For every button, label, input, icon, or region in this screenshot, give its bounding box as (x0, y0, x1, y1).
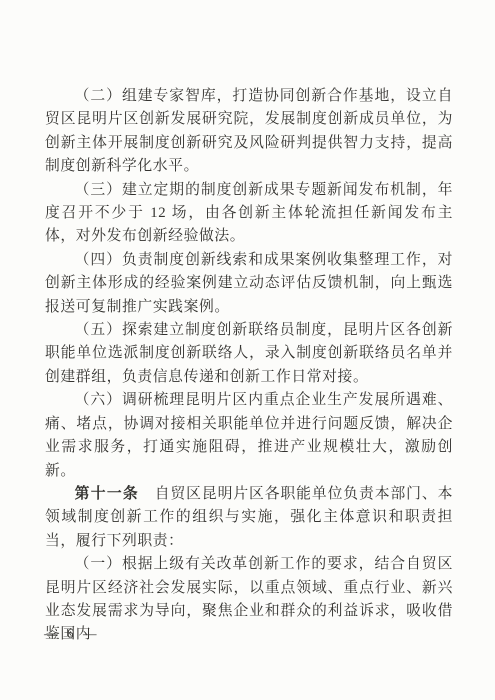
paragraph: （二）组建专家智库，打造协同创新合作基地，设立自贸区昆明片区创新发展研究院，发展… (45, 85, 453, 179)
paragraph: （四）负责制度创新线索和成果案例收集整理工作，对创新主体形成的经验案例建立动态评… (45, 249, 453, 319)
document-page: （二）组建专家智库，打造协同创新合作基地，设立自贸区昆明片区创新发展研究院，发展… (0, 0, 495, 700)
paragraph: （三）建立定期的制度创新成果专题新闻发布机制，年度召开不少于 12 场，由各创新… (45, 179, 453, 249)
article-number: 第十一条 (75, 486, 139, 502)
page-number: — 6 — (44, 626, 100, 642)
document-body: （二）组建专家智库，打造协同创新合作基地，设立自贸区昆明片区创新发展研究院，发展… (45, 85, 453, 647)
paragraph: 第十一条 自贸区昆明片区各职能单位负责本部门、本领域制度创新工作的组织与实施，强… (45, 483, 453, 553)
paragraph: （六）调研梳理昆明片区内重点企业生产发展所遇难、痛、堵点，协调对接相关职能单位并… (45, 389, 453, 483)
paragraph: （五）探索建立制度创新联络员制度，昆明片区各创新职能单位选派制度创新联络人，录入… (45, 319, 453, 389)
paragraph: （一）根据上级有关改革创新工作的要求，结合自贸区昆明片区经济社会发展实际，以重点… (45, 553, 453, 647)
